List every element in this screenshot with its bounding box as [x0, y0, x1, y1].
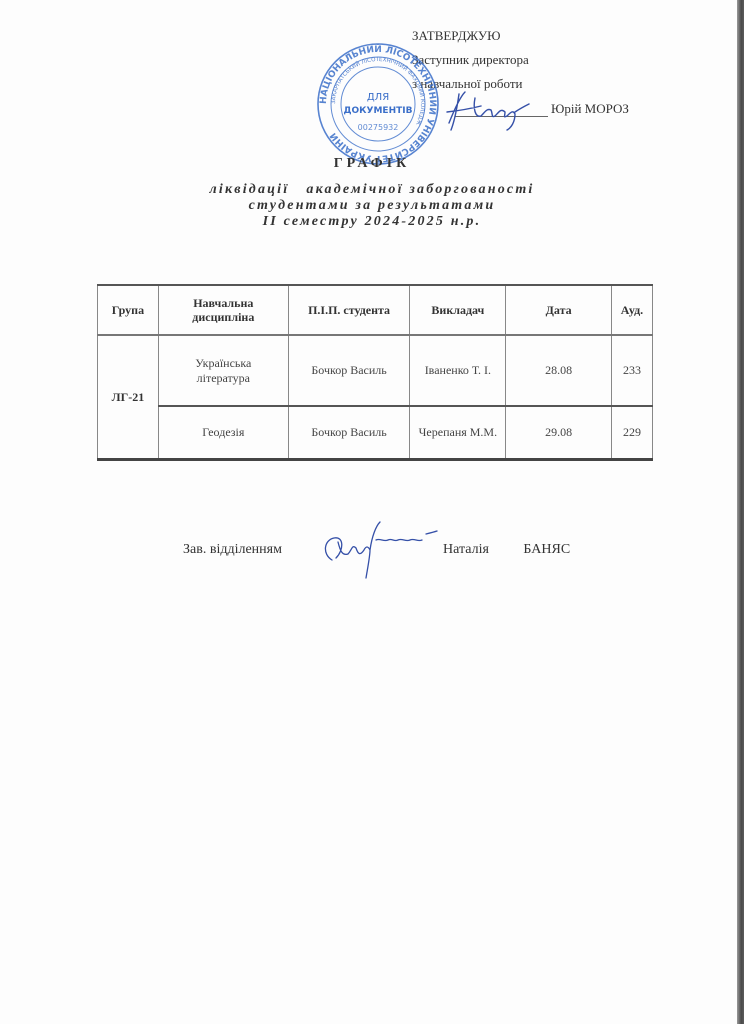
group-cell: ЛГ-21 [98, 335, 159, 460]
table-row: Геодезія Бочкор Василь Черепаня М.М. 29.… [98, 406, 653, 460]
student-cell: Бочкор Василь [288, 335, 410, 406]
official-stamp-icon: НАЦІОНАЛЬНИЙ ЛІСОТЕХНІЧНИЙ УНІВЕРСИТЕТ У… [316, 42, 440, 166]
svg-text:ДОКУМЕНТІВ: ДОКУМЕНТІВ [344, 106, 413, 116]
director-signature-icon [445, 88, 530, 133]
table-row: ЛГ-21 Українська література Бочкор Васил… [98, 335, 653, 406]
room-cell: 233 [612, 335, 653, 406]
svg-text:ДЛЯ: ДЛЯ [367, 92, 389, 103]
title-line-3: ІІ семестру 2024-2025 н.р. [0, 214, 744, 230]
header-date: Дата [506, 285, 612, 335]
discipline-cell: Геодезія [158, 406, 288, 460]
document-title: ГРАФІК ліквідації академічної заборгован… [0, 156, 744, 230]
head-of-department-label: Зав. відділенням [183, 542, 282, 558]
header-student: П.І.П. студента [288, 285, 410, 335]
discipline-cell: Українська література [158, 335, 288, 406]
teacher-cell: Іваненко Т. І. [410, 335, 506, 406]
debt-schedule-table: Група Навчальна дисципліна П.І.П. студен… [97, 284, 653, 461]
approval-signatory: Юрій МОРОЗ [551, 101, 629, 117]
title-line-2: студентами за результатами [0, 198, 744, 214]
head-of-department-name: Наталія БАНЯС [443, 542, 570, 558]
student-cell: Бочкор Василь [288, 406, 410, 460]
title-main: ГРАФІК [0, 156, 744, 172]
table-header-row: Група Навчальна дисципліна П.І.П. студен… [98, 285, 653, 335]
header-discipline: Навчальна дисципліна [158, 285, 288, 335]
date-cell: 29.08 [506, 406, 612, 460]
header-teacher: Викладач [410, 285, 506, 335]
teacher-cell: Черепаня М.М. [410, 406, 506, 460]
date-cell: 28.08 [506, 335, 612, 406]
scan-edge-shadow [737, 0, 744, 1024]
head-signature-icon [318, 520, 438, 580]
header-group: Група [98, 285, 159, 335]
title-line-1: ліквідації академічної заборгованості [0, 182, 744, 198]
header-room: Ауд. [612, 285, 653, 335]
svg-text:00275932: 00275932 [358, 123, 399, 132]
room-cell: 229 [612, 406, 653, 460]
